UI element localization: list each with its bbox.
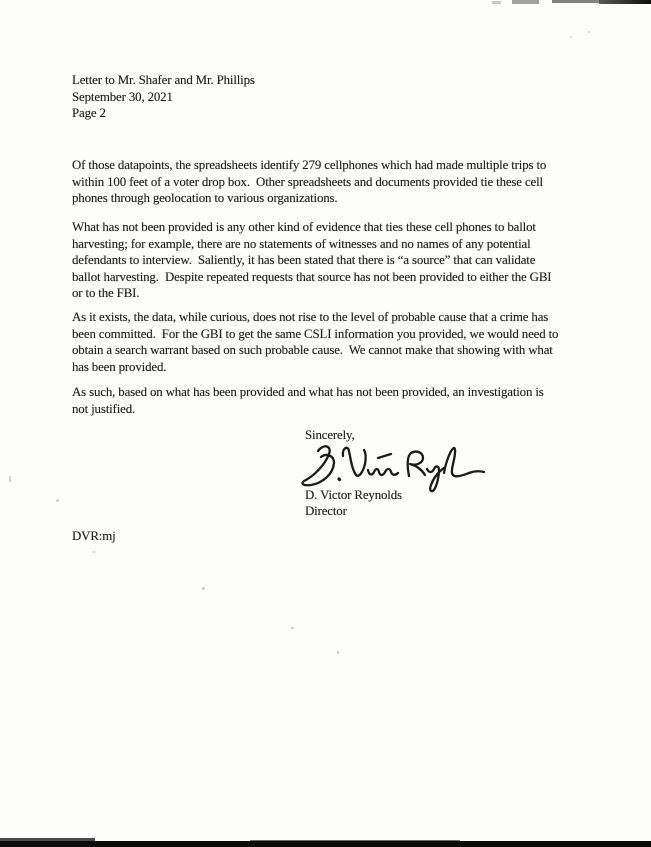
signature-stroke (302, 446, 484, 491)
body-paragraph-1: Of those datapoints, the spreadsheets id… (72, 157, 546, 207)
scan-speck (291, 627, 294, 629)
scan-speck (337, 651, 339, 654)
scan-speck (202, 587, 205, 590)
scan-artifact-top-fragment (512, 0, 539, 4)
signature-handwriting (288, 441, 488, 493)
scan-artifact-top-fragment (552, 0, 600, 3)
signer-title: Director (305, 503, 347, 520)
scan-artifact-top-fragment (599, 0, 651, 4)
scan-speck (56, 499, 59, 502)
body-paragraph-4: As such, based on what has been provided… (72, 384, 544, 417)
scan-speck (9, 476, 11, 482)
body-paragraph-2: What has not been provided is any other … (72, 219, 551, 302)
scan-speck (588, 31, 590, 33)
scan-speck (93, 551, 95, 553)
body-paragraph-3: As it exists, the data, while curious, d… (72, 309, 558, 375)
scan-speck (570, 36, 572, 38)
signer-name: D. Victor Reynolds (305, 487, 402, 504)
scan-artifact-bottom-bar (0, 841, 651, 847)
letter-header: Letter to Mr. Shafer and Mr. Phillips Se… (72, 72, 255, 122)
scanned-letter-page: Letter to Mr. Shafer and Mr. Phillips Se… (0, 0, 651, 847)
scan-artifact-top-fragment (492, 1, 501, 4)
reference-initials: DVR:mj (72, 528, 116, 545)
